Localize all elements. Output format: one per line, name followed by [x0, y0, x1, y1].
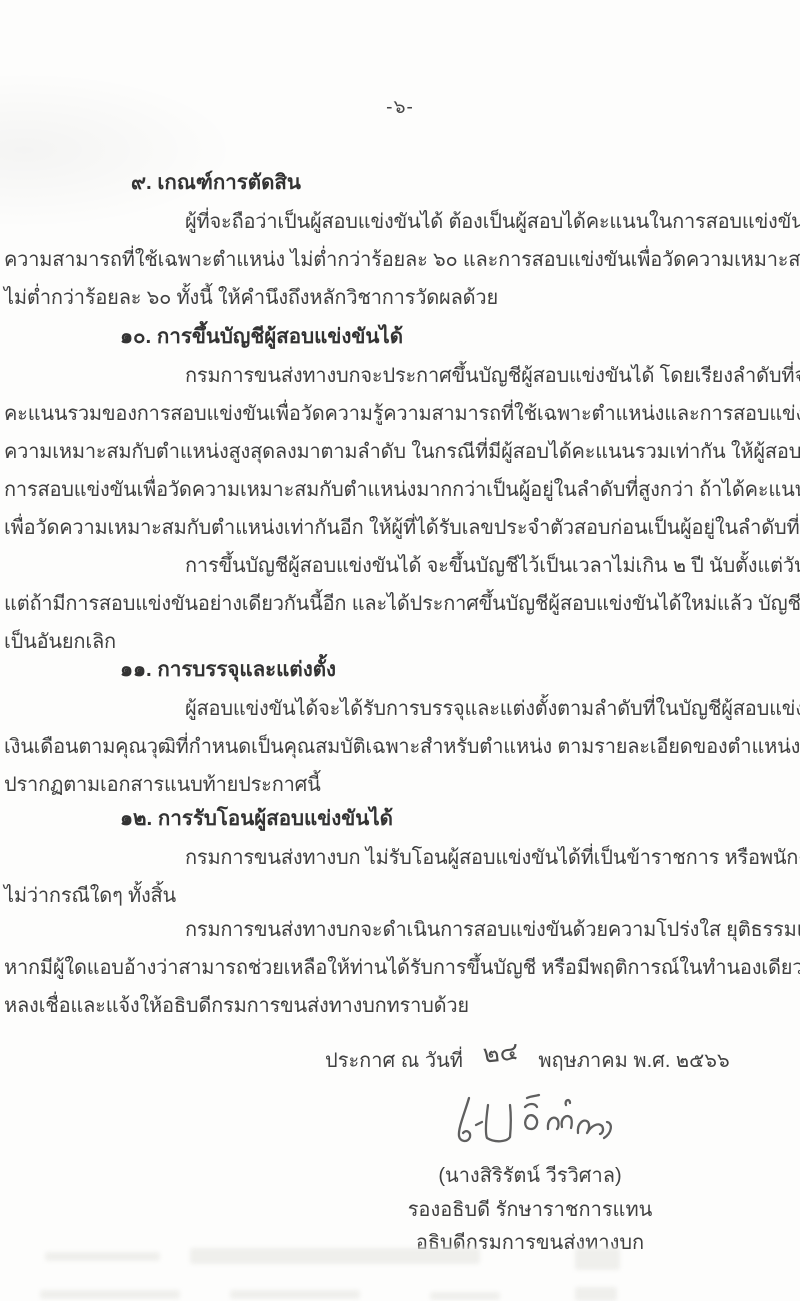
signer-name: (นางสิริรัตน์ วีรวิศาล) [280, 1160, 780, 1194]
body-line: กรมการขนส่งทางบก ไม่รับโอนผู้สอบแข่งขันไ… [0, 839, 800, 877]
section-9-heading: ๙. เกณฑ์การตัดสิน [131, 166, 301, 199]
issuance-prefix: ประกาศ ณ วันที่ [325, 1044, 463, 1076]
page-number: -๖- [0, 92, 800, 122]
section-11-paragraph: ผู้สอบแข่งขันได้จะได้รับการบรรจุและแต่งต… [0, 690, 800, 804]
body-line: ไม่ว่ากรณีใดๆ ทั้งสิ้น [0, 877, 800, 915]
section-10-heading: ๑๐. การขึ้นบัญชีผู้สอบแข่งขันได้ [120, 320, 403, 353]
bleed-through-mark [575, 1248, 620, 1270]
body-line: ความเหมาะสมกับตำแหน่งสูงสุดลงมาตามลำดับ … [0, 433, 800, 471]
bleed-through-mark [230, 1290, 360, 1299]
section-10-paragraph-2: การขึ้นบัญชีผู้สอบแข่งขันได้ จะขึ้นบัญชี… [0, 547, 800, 661]
issuance-date-line: ประกาศ ณ วันที่ ๒๔ พฤษภาคม พ.ศ. ๒๕๖๖ [325, 1036, 730, 1076]
section-12-paragraph-1: กรมการขนส่งทางบก ไม่รับโอนผู้สอบแข่งขันไ… [0, 839, 800, 915]
section-10-paragraph-1: กรมการขนส่งทางบกจะประกาศขึ้นบัญชีผู้สอบแ… [0, 357, 800, 547]
section-9-paragraph: ผู้ที่จะถือว่าเป็นผู้สอบแข่งขันได้ ต้องเ… [0, 203, 800, 317]
body-line: ไม่ต่ำกว่าร้อยละ ๖๐ ทั้งนี้ ให้คำนึงถึงห… [0, 279, 800, 317]
bleed-through-mark [190, 1248, 480, 1264]
body-line: คะแนนรวมของการสอบแข่งขันเพื่อวัดความรู้ค… [0, 395, 800, 433]
body-line: หากมีผู้ใดแอบอ้างว่าสามารถช่วยเหลือให้ท่… [0, 949, 800, 987]
bleed-through-mark [430, 1292, 500, 1300]
body-line: กรมการขนส่งทางบกจะดำเนินการสอบแข่งขันด้ว… [0, 911, 800, 949]
bleed-through-mark [40, 1290, 180, 1299]
body-line: การขึ้นบัญชีผู้สอบแข่งขันได้ จะขึ้นบัญชี… [0, 547, 800, 585]
issuance-suffix: พฤษภาคม พ.ศ. ๒๕๖๖ [538, 1044, 729, 1076]
bleed-through-mark [45, 1252, 160, 1261]
handwritten-day: ๒๔ [475, 1031, 526, 1076]
bleed-through-mark [575, 1287, 617, 1301]
section-12-heading: ๑๒. การรับโอนผู้สอบแข่งขันได้ [120, 802, 393, 835]
signer-title-line-1: รองอธิบดี รักษาราชการแทน [280, 1194, 780, 1228]
body-line: ผู้ที่จะถือว่าเป็นผู้สอบแข่งขันได้ ต้องเ… [0, 203, 800, 241]
closing-paragraph: กรมการขนส่งทางบกจะดำเนินการสอบแข่งขันด้ว… [0, 911, 800, 1025]
signature-block: (นางสิริรัตน์ วีรวิศาล) รองอธิบดี รักษาร… [280, 1160, 780, 1261]
body-line: การสอบแข่งขันเพื่อวัดความเหมาะสมกับตำแหน… [0, 471, 800, 509]
document-page: -๖- ๙. เกณฑ์การตัดสิน ผู้ที่จะถือว่าเป็น… [0, 0, 800, 1301]
body-line: แต่ถ้ามีการสอบแข่งขันอย่างเดียวกันนี้อีก… [0, 585, 800, 623]
body-line: ผู้สอบแข่งขันได้จะได้รับการบรรจุและแต่งต… [0, 690, 800, 728]
body-line: เงินเดือนตามคุณวุฒิที่กำหนดเป็นคุณสมบัติ… [0, 728, 800, 766]
section-11-heading: ๑๑. การบรรจุและแต่งตั้ง [120, 653, 336, 686]
body-line: หลงเชื่อและแจ้งให้อธิบดีกรมการขนส่งทางบก… [0, 987, 800, 1025]
body-line: ปรากฏตามเอกสารแนบท้ายประกาศนี้ [0, 766, 800, 804]
body-line: ความสามารถที่ใช้เฉพาะตำแหน่ง ไม่ต่ำกว่าร… [0, 241, 800, 279]
handwritten-signature [448, 1092, 618, 1152]
body-line: กรมการขนส่งทางบกจะประกาศขึ้นบัญชีผู้สอบแ… [0, 357, 800, 395]
body-line: เพื่อวัดความเหมาะสมกับตำแหน่งเท่ากันอีก … [0, 509, 800, 547]
